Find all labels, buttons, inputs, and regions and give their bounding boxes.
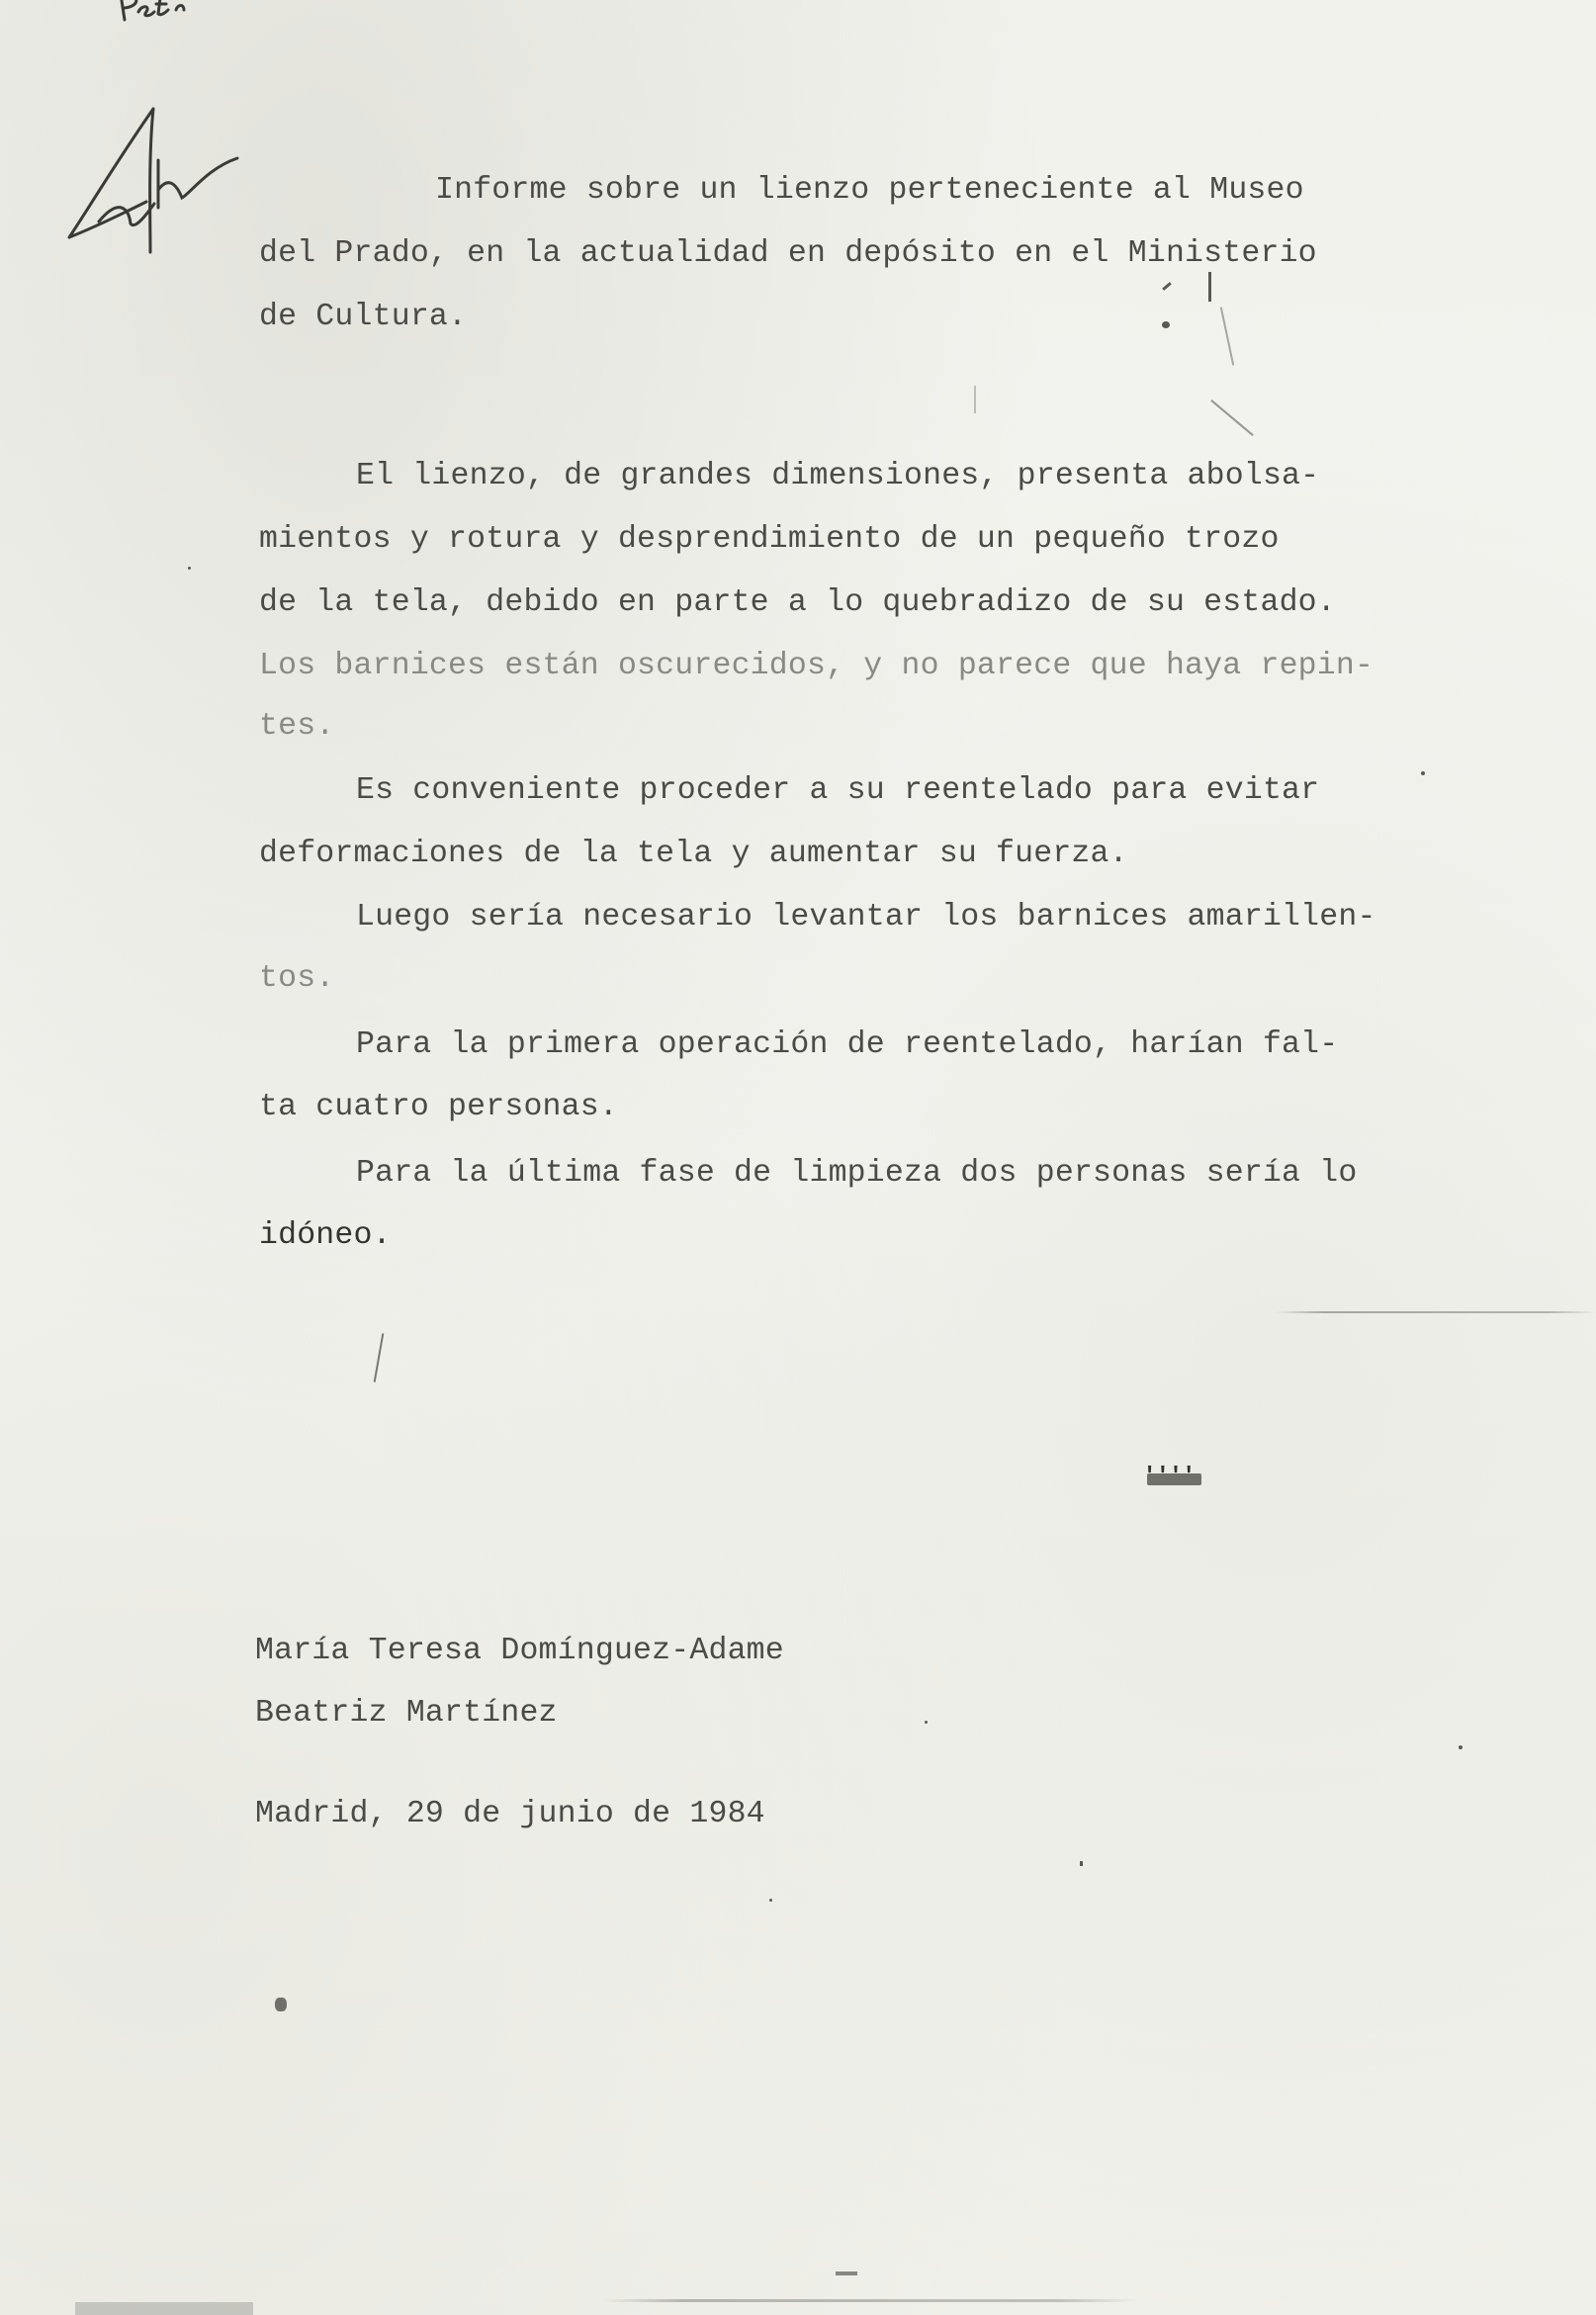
body-line-13: idóneo. xyxy=(259,1216,392,1256)
title-line-2: del Prado, en la actualidad en depósito … xyxy=(259,234,1317,274)
body-line-1: El lienzo, de grandes dimensiones, prese… xyxy=(356,457,1319,496)
signatory-2: Beatriz Martínez xyxy=(255,1694,558,1734)
title-line-3: de Cultura. xyxy=(259,298,467,337)
body-line-5: tes. xyxy=(259,707,334,747)
body-line-7: deformaciones de la tela y aumentar su f… xyxy=(259,835,1128,874)
place-date: Madrid, 29 de junio de 1984 xyxy=(255,1795,765,1834)
handwritten-initials xyxy=(59,99,257,267)
ink-speck xyxy=(769,1899,772,1902)
bottom-edge-line xyxy=(603,2299,1137,2302)
body-line-10: Para la primera operación de reentelado,… xyxy=(356,1025,1338,1065)
handwritten-note-top xyxy=(99,0,257,40)
ink-speck xyxy=(1208,272,1211,302)
body-line-8: Luego sería necesario levantar los barni… xyxy=(356,898,1376,937)
ink-speck xyxy=(1162,321,1170,328)
ink-speck xyxy=(1459,1745,1463,1749)
body-line-9: tos. xyxy=(259,959,334,999)
ink-speck xyxy=(275,1998,287,2011)
body-line-12: Para la última fase de limpieza dos pers… xyxy=(356,1154,1357,1194)
ink-scratch xyxy=(974,386,976,413)
signatory-1: María Teresa Domínguez-Adame xyxy=(255,1632,784,1671)
body-line-3: de la tela, debido en parte a lo quebrad… xyxy=(259,583,1336,623)
ink-speck xyxy=(188,567,191,570)
body-line-11: ta cuatro personas. xyxy=(259,1088,618,1127)
body-line-6: Es conveniente proceder a su reentelado … xyxy=(356,771,1319,811)
ink-speck xyxy=(1421,771,1425,775)
stray-rule-line xyxy=(1276,1311,1596,1313)
ink-speck xyxy=(1147,1473,1201,1485)
title-line-1: Informe sobre un lienzo perteneciente al… xyxy=(435,171,1304,211)
ink-speck xyxy=(836,2271,857,2275)
body-line-2: mientos y rotura y desprendimiento de un… xyxy=(259,520,1280,560)
ink-speck xyxy=(925,1721,928,1724)
body-line-4: Los barnices están oscurecidos, y no par… xyxy=(259,647,1374,686)
ink-speck xyxy=(1080,1861,1083,1866)
bottom-left-corner-shadow xyxy=(75,2302,253,2315)
